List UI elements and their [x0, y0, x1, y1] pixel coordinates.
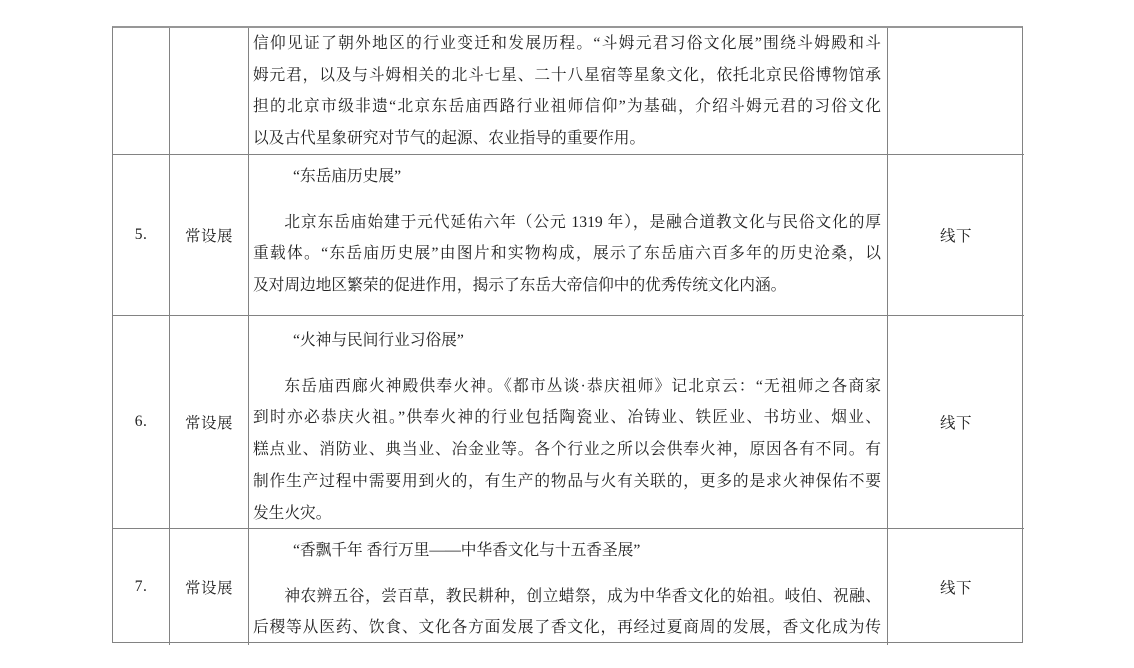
description-line: 北京东岳庙始建于元代延佑六年（公元 1319 年），是融合道教文化与民俗文化的厚	[253, 207, 881, 239]
row-number-cell: 5.	[113, 155, 170, 316]
row-number-cell	[113, 28, 170, 155]
description-line: 糕点业、消防业、典当业、冶金业等。各个行业之所以会供奉火神，原因各有不同。有	[253, 434, 881, 466]
description-line: 发生火灾。	[253, 498, 881, 529]
exhibition-description-cell: 信仰见证了朝外地区的行业变迁和发展历程。“斗姆元君习俗文化展”围绕斗姆殿和斗 姆…	[249, 28, 888, 155]
description-line: 神农辨五谷，尝百草，教民耕种，创立蜡祭，成为中华香文化的始祖。岐伯、祝融、	[253, 581, 881, 613]
exhibitions-table: 信仰见证了朝外地区的行业变迁和发展历程。“斗姆元君习俗文化展”围绕斗姆殿和斗 姆…	[112, 26, 1023, 643]
status-cell: 线下	[888, 529, 1024, 645]
description-line: 担的北京市级非遗“北京东岳庙西路行业祖师信仰”为基础，介绍斗姆元君的习俗文化	[253, 91, 881, 123]
description-line: 后稷等从医药、饮食、文化各方面发展了香文化，再经过夏商周的发展，香文化成为传	[253, 612, 881, 644]
exhibition-description-cell: “香飘千年 香行万里——中华香文化与十五香圣展” 神农辨五谷，尝百草，教民耕种，…	[249, 529, 888, 645]
exhibition-type-cell: 常设展	[170, 529, 249, 645]
description-line: 制作生产过程中需要用到火的，有生产的物品与火有关联的，更多的是求火神保佑不要	[253, 466, 881, 498]
exhibition-type-cell: 常设展	[170, 316, 249, 529]
status-cell	[888, 28, 1024, 155]
description-line: 东岳庙西廊火神殿供奉火神。《都市丛谈·恭庆祖师》记北京云：“无祖师之各商家	[253, 371, 881, 403]
exhibition-title: “香飘千年 香行万里——中华香文化与十五香圣展”	[253, 535, 881, 567]
exhibition-description-cell: “火神与民间行业习俗展” 东岳庙西廊火神殿供奉火神。《都市丛谈·恭庆祖师》记北京…	[249, 316, 888, 529]
row-number-cell: 7.	[113, 529, 170, 645]
document-page: 信仰见证了朝外地区的行业变迁和发展历程。“斗姆元君习俗文化展”围绕斗姆殿和斗 姆…	[0, 0, 1134, 668]
description-line: 重载体。“东岳庙历史展”由图片和实物构成，展示了东岳庙六百多年的历史沧桑，以	[253, 238, 881, 270]
description-line: 以及古代星象研究对节气的起源、农业指导的重要作用。	[253, 123, 881, 155]
description-line: 到时亦必恭庆火祖。”供奉火神的行业包括陶瓷业、冶铸业、铁匠业、书坊业、烟业、	[253, 402, 881, 434]
status-cell: 线下	[888, 155, 1024, 316]
exhibition-description-cell: “东岳庙历史展” 北京东岳庙始建于元代延佑六年（公元 1319 年），是融合道教…	[249, 155, 888, 316]
exhibition-type-cell	[170, 28, 249, 155]
status-cell: 线下	[888, 316, 1024, 529]
row-number-cell: 6.	[113, 316, 170, 529]
exhibition-title: “东岳庙历史展”	[253, 161, 881, 193]
description-line: 姆元君，以及与斗姆相关的北斗七星、二十八星宿等星象文化，依托北京民俗博物馆承	[253, 60, 881, 92]
description-line: 信仰见证了朝外地区的行业变迁和发展历程。“斗姆元君习俗文化展”围绕斗姆殿和斗	[253, 28, 881, 60]
exhibition-title: “火神与民间行业习俗展”	[253, 325, 881, 357]
exhibition-type-cell: 常设展	[170, 155, 249, 316]
description-line: 及对周边地区繁荣的促进作用，揭示了东岳大帝信仰中的优秀传统文化内涵。	[253, 270, 881, 302]
